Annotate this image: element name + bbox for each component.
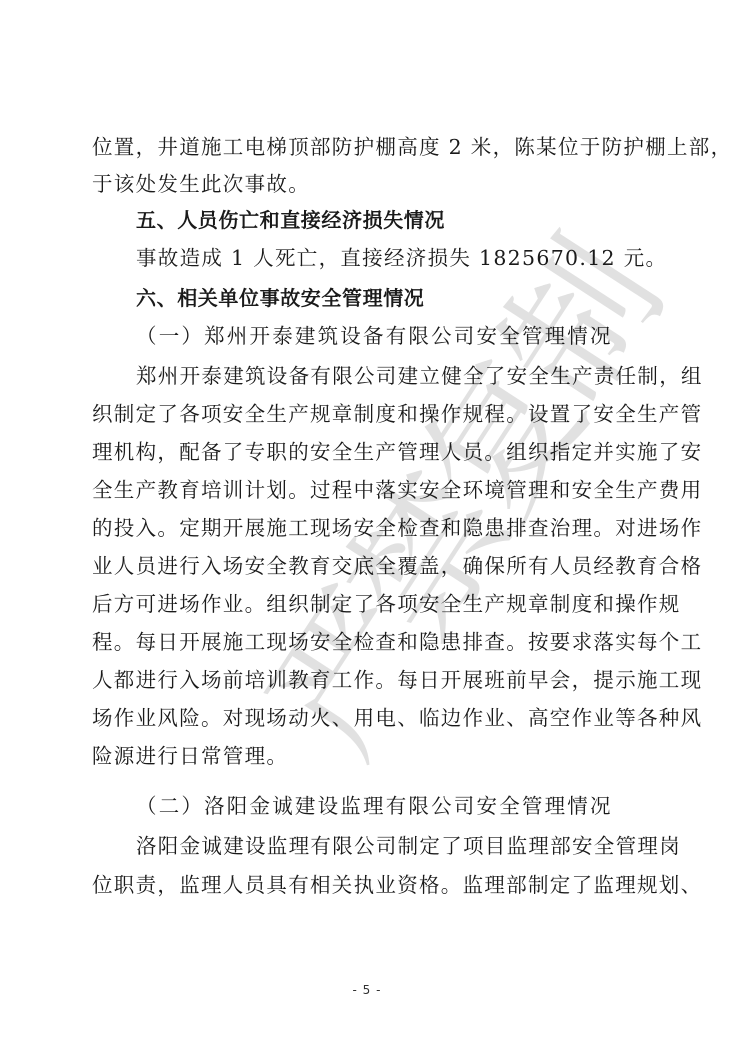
section-heading-safety-management: 六、相关单位事故安全管理情况 — [136, 284, 644, 312]
subsection-heading-kaitai: （一）郑州开泰建筑设备有限公司安全管理情况 — [136, 322, 644, 350]
paragraph-line: 织制定了各项安全生产规章制度和操作规程。设置了安全生产管 — [92, 400, 644, 428]
paragraph-line: 人都进行入场前培训教育工作。每日开展班前早会，提示施工现 — [92, 666, 644, 694]
paragraph-line: 洛阳金诚建设监理有限公司制定了项目监理部安全管理岗 — [136, 832, 644, 860]
paragraph-line: 程。每日开展施工现场安全检查和隐患排查。按要求落实每个工 — [92, 628, 644, 656]
paragraph-line: 位职责，监理人员具有相关执业资格。监理部制定了监理规划、 — [92, 871, 644, 899]
paragraph-line: 郑州开泰建筑设备有限公司建立健全了安全生产责任制，组 — [136, 362, 644, 390]
paragraph-line: 位置，井道施工电梯顶部防护棚高度 2 米，陈某位于防护棚上部， — [92, 133, 644, 161]
paragraph-line: 全生产教育培训计划。过程中落实安全环境管理和安全生产费用 — [92, 476, 644, 504]
paragraph-line: 业人员进行入场安全教育交底全覆盖，确保所有人员经教育合格 — [92, 552, 644, 580]
paragraph-line: 于该处发生此次事故。 — [92, 170, 644, 198]
page-number: - 5 - — [0, 983, 734, 997]
section-heading-casualties: 五、人员伤亡和直接经济损失情况 — [136, 206, 644, 234]
paragraph-line: 事故造成 1 人死亡，直接经济损失 1825670.12 元。 — [136, 244, 644, 272]
paragraph-line: 场作业风险。对现场动火、用电、临边作业、高空作业等各种风 — [92, 704, 644, 732]
paragraph-line: 理机构，配备了专职的安全生产管理人员。组织指定并实施了安 — [92, 438, 644, 466]
paragraph-line: 的投入。定期开展施工现场安全检查和隐患排查治理。对进场作 — [92, 514, 644, 542]
document-page: 严禁复制 位置，井道施工电梯顶部防护棚高度 2 米，陈某位于防护棚上部， 于该处… — [0, 0, 734, 1037]
paragraph-line: 后方可进场作业。组织制定了各项安全生产规章制度和操作规 — [92, 590, 644, 618]
subsection-heading-jincheng: （二）洛阳金诚建设监理有限公司安全管理情况 — [136, 792, 644, 820]
paragraph-line: 险源进行日常管理。 — [92, 742, 644, 770]
